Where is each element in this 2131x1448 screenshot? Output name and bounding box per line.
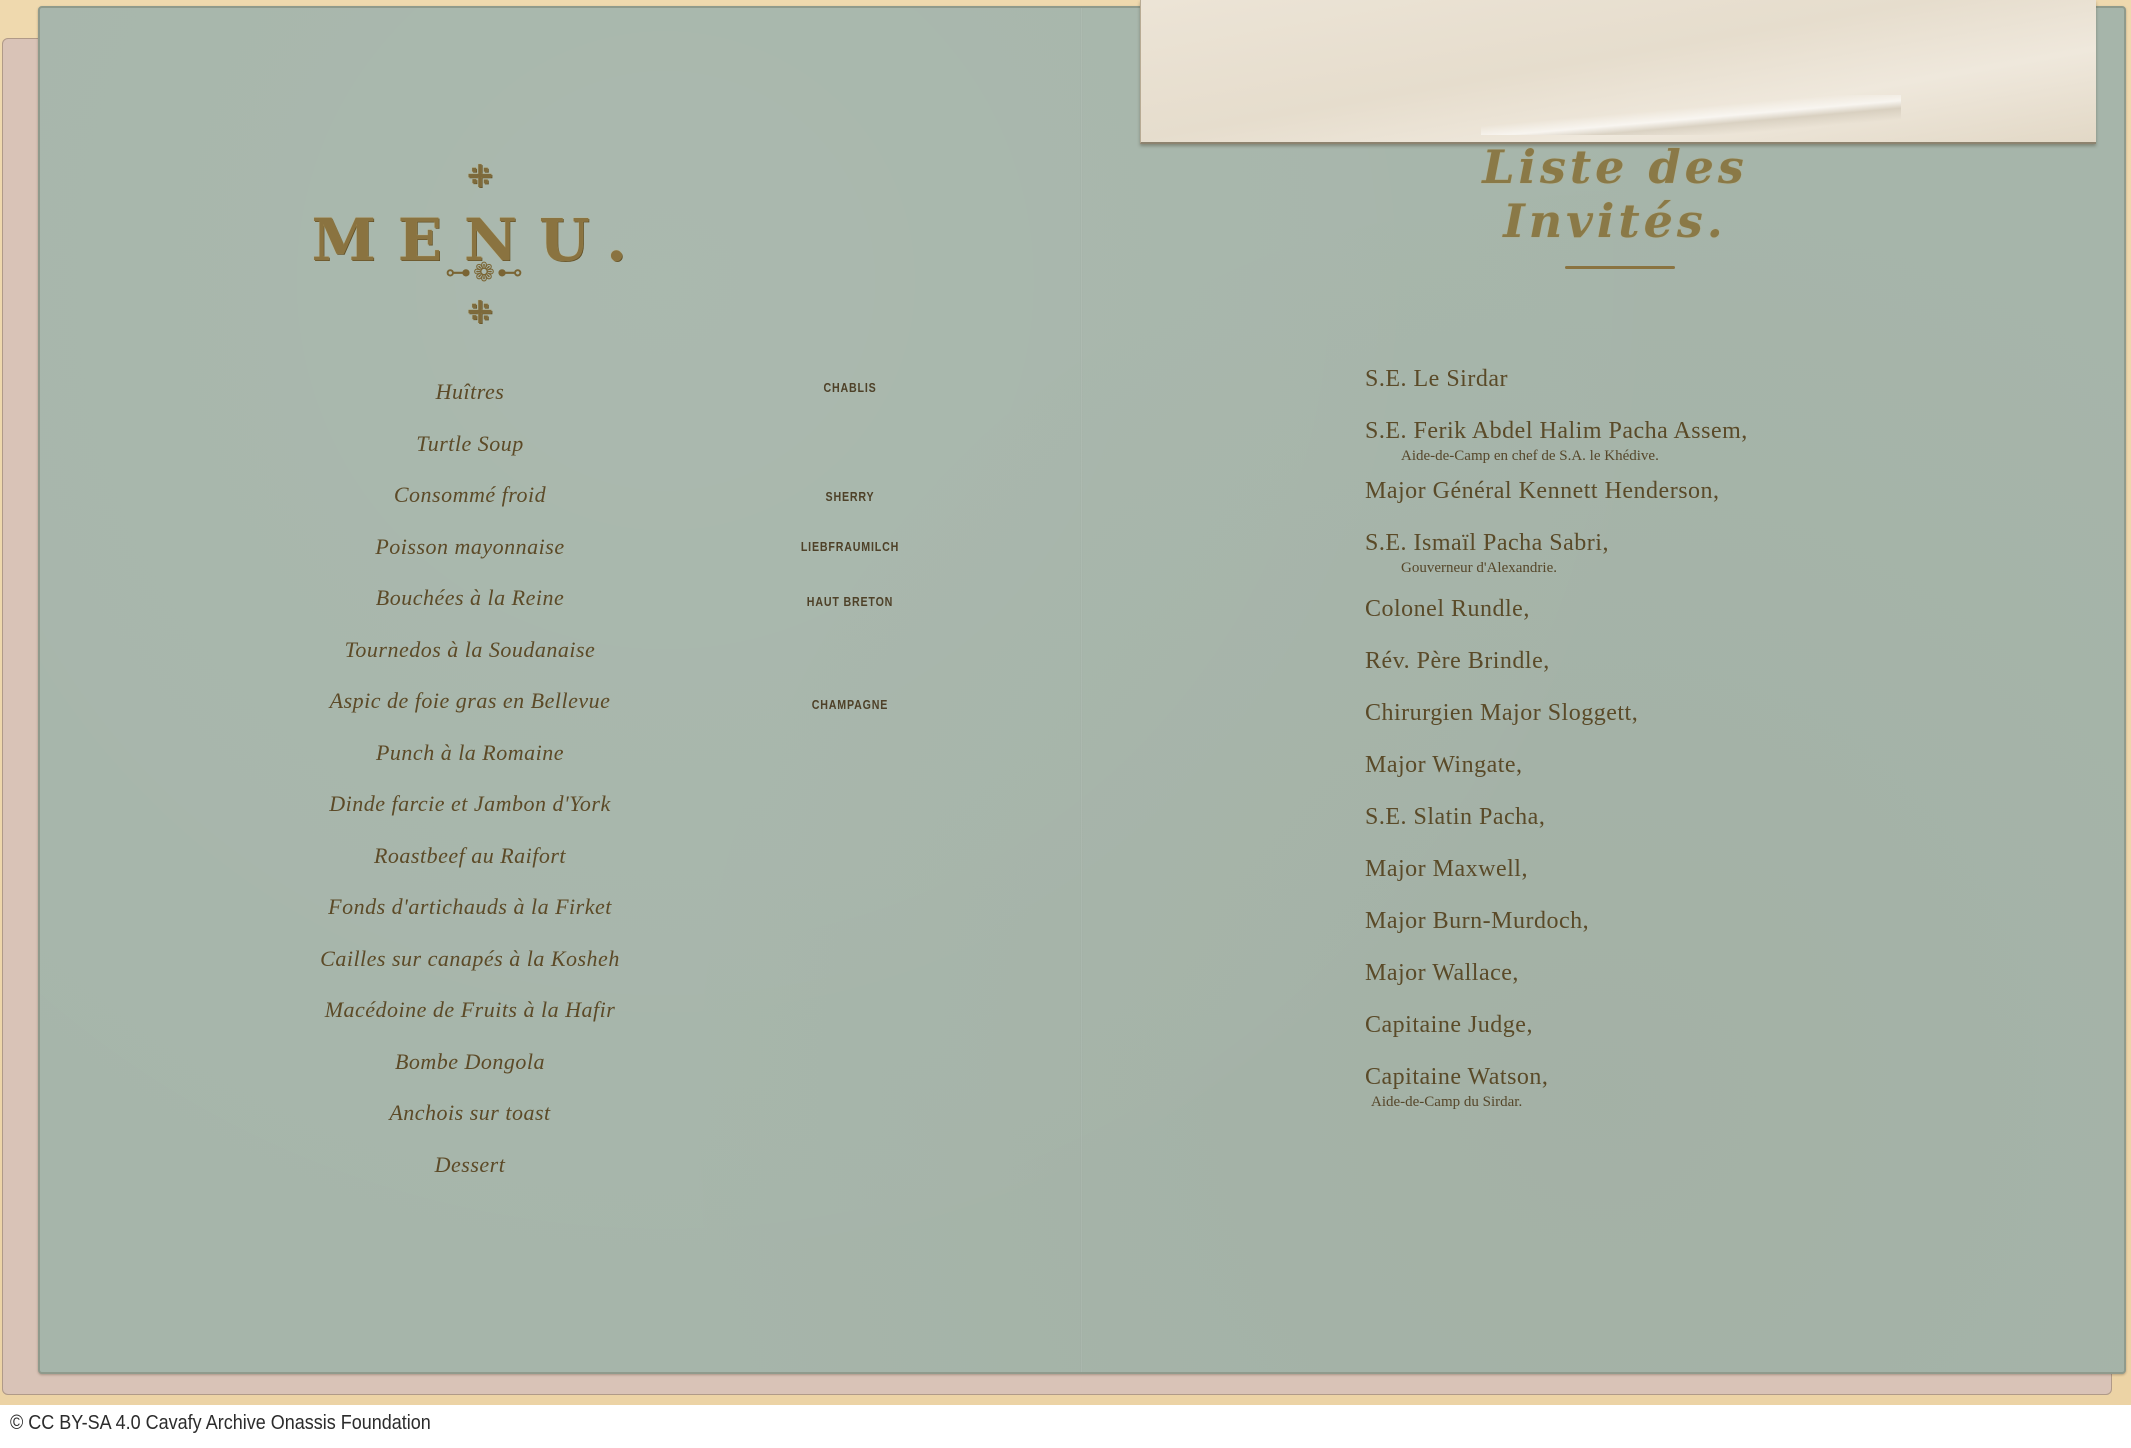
guest-entry: Major Wallace, xyxy=(1365,954,1925,992)
tissue-paper-overlay xyxy=(1140,0,2096,144)
guest-entry: Major Général Kennett Henderson, xyxy=(1365,472,1925,510)
guest-name: Major Burn-Murdoch, xyxy=(1365,902,1925,940)
guest-title: Aide-de-Camp en chef de S.A. le Khédive. xyxy=(1401,448,1925,464)
menu-course-list: Huîtres Turtle Soup Consommé froid Poiss… xyxy=(240,372,700,1196)
guest-name: Capitaine Judge, xyxy=(1365,1006,1925,1044)
wine-pairing: HAUT BRETON xyxy=(768,594,932,609)
menu-course: Bombe Dongola xyxy=(240,1042,700,1094)
guest-name: Major Wallace, xyxy=(1365,954,1925,992)
guest-entry: Chirurgien Major Sloggett, xyxy=(1365,694,1925,732)
guest-list-title: Liste des Invités. xyxy=(1380,140,1850,248)
guest-name: Capitaine Watson, xyxy=(1365,1058,1925,1096)
guest-name: Major Maxwell, xyxy=(1365,850,1925,888)
menu-course: Poisson mayonnaise xyxy=(240,527,700,579)
guest-entry: Capitaine Judge, xyxy=(1365,1006,1925,1044)
flourish-right-icon: ⁜ xyxy=(467,296,492,331)
flourish-left-icon: ⁜ xyxy=(467,160,492,195)
guest-name: Major Général Kennett Henderson, xyxy=(1365,472,1925,510)
menu-course: Dinde farcie et Jambon d'York xyxy=(240,784,700,836)
menu-course: Huîtres xyxy=(240,372,700,424)
guest-list: S.E. Le Sirdar S.E. Ferik Abdel Halim Pa… xyxy=(1365,360,1925,1118)
tissue-crease xyxy=(1481,95,1901,135)
guest-entry: Major Burn-Murdoch, xyxy=(1365,902,1925,940)
menu-course: Roastbeef au Raifort xyxy=(240,836,700,888)
menu-course: Bouchées à la Reine xyxy=(240,578,700,630)
menu-title: ⁜ MENU. ⁜ xyxy=(300,138,660,342)
menu-course: Tournedos à la Soudanaise xyxy=(240,630,700,682)
guest-entry: Capitaine Watson, Aide-de-Camp du Sirdar… xyxy=(1365,1058,1925,1110)
guest-entry: S.E. Slatin Pacha, xyxy=(1365,798,1925,836)
guest-name: Major Wingate, xyxy=(1365,746,1925,784)
menu-course: Dessert xyxy=(240,1145,700,1197)
menu-course: Macédoine de Fruits à la Hafir xyxy=(240,990,700,1042)
menu-course: Punch à la Romaine xyxy=(240,733,700,785)
guest-entry: Major Wingate, xyxy=(1365,746,1925,784)
menu-course: Anchois sur toast xyxy=(240,1093,700,1145)
menu-course: Turtle Soup xyxy=(240,424,700,476)
guest-title: Gouverneur d'Alexandrie. xyxy=(1401,560,1925,576)
menu-course: Consommé froid xyxy=(240,475,700,527)
guest-name: Colonel Rundle, xyxy=(1365,590,1925,628)
center-fold-line xyxy=(1080,8,1083,1372)
menu-ornament-icon: ⊶❁⊷ xyxy=(415,258,555,288)
guest-list-rule-ornament xyxy=(1565,266,1675,269)
wine-pairing: LIEBFRAUMILCH xyxy=(768,539,932,554)
wine-pairing: CHABLIS xyxy=(768,380,932,395)
guest-entry: Colonel Rundle, xyxy=(1365,590,1925,628)
menu-course: Cailles sur canapés à la Kosheh xyxy=(240,939,700,991)
wine-pairing: CHAMPAGNE xyxy=(768,697,932,712)
wine-pairing: SHERRY xyxy=(768,489,932,504)
guest-name: S.E. Slatin Pacha, xyxy=(1365,798,1925,836)
guest-name: S.E. Le Sirdar xyxy=(1365,360,1925,398)
menu-course: Fonds d'artichauds à la Firket xyxy=(240,887,700,939)
guest-entry: S.E. Le Sirdar xyxy=(1365,360,1925,398)
guest-name: S.E. Ismaïl Pacha Sabri, xyxy=(1365,524,1925,562)
guest-entry: S.E. Ismaïl Pacha Sabri, Gouverneur d'Al… xyxy=(1365,524,1925,576)
guest-entry: S.E. Ferik Abdel Halim Pacha Assem, Aide… xyxy=(1365,412,1925,464)
guest-name: S.E. Ferik Abdel Halim Pacha Assem, xyxy=(1365,412,1925,450)
guest-entry: Rév. Père Brindle, xyxy=(1365,642,1925,680)
guest-name: Rév. Père Brindle, xyxy=(1365,642,1925,680)
copyright-credit: © CC BY-SA 4.0 Cavafy Archive Onassis Fo… xyxy=(10,1412,431,1435)
menu-course: Aspic de foie gras en Bellevue xyxy=(240,681,700,733)
guest-name: Chirurgien Major Sloggett, xyxy=(1365,694,1925,732)
guest-title: Aide-de-Camp du Sirdar. xyxy=(1371,1094,1925,1110)
guest-entry: Major Maxwell, xyxy=(1365,850,1925,888)
